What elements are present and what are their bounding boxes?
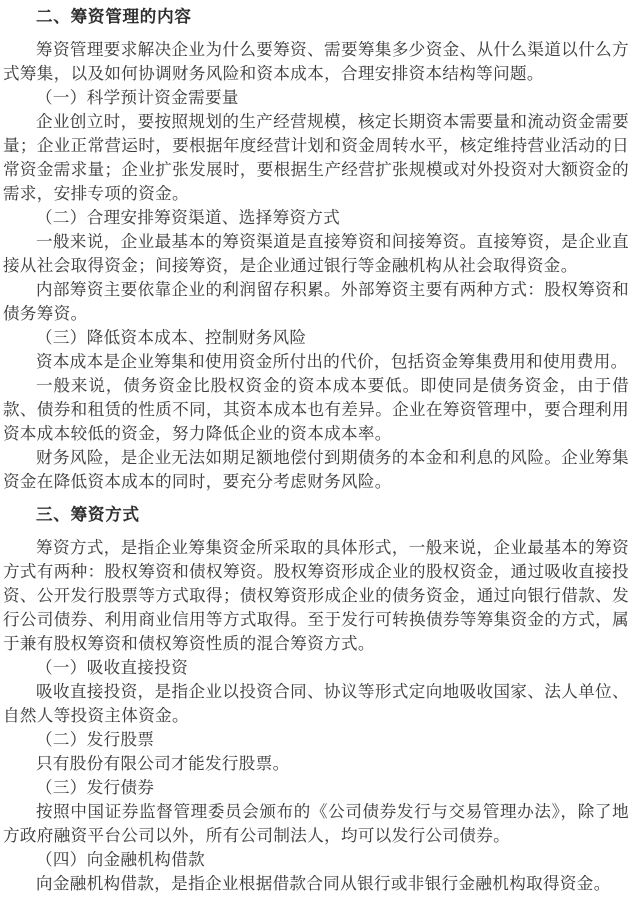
sub-heading: （三）发行债券 — [3, 776, 629, 800]
paragraph: 吸收直接投资，是指企业以投资合同、协议等形式定向地吸收国家、法人单位、自然人等投… — [3, 680, 629, 728]
sub-heading: （一）科学预计资金需要量 — [3, 86, 629, 110]
sub-heading: （二）发行股票 — [3, 728, 629, 752]
paragraph: 向金融机构借款，是指企业根据借款合同从银行或非银行金融机构取得资金。 — [3, 872, 629, 896]
sub-heading: （二）合理安排筹资渠道、选择筹资方式 — [3, 206, 629, 230]
paragraph: 一般来说，企业最基本的筹资渠道是直接筹资和间接筹资。直接筹资，是企业直接从社会取… — [3, 230, 629, 278]
paragraph: 资本成本是企业筹集和使用资金所付出的代价，包括资金筹集费用和使用费用。 — [3, 350, 629, 374]
paragraph: 只有股份有限公司才能发行股票。 — [3, 752, 629, 776]
paragraph: 筹资方式，是指企业筹集资金所采取的具体形式，一般来说，企业最基本的筹资方式有两种… — [3, 536, 629, 656]
paragraph: 筹资管理要求解决企业为什么要筹资、需要筹集多少资金、从什么渠道以什么方式筹集，以… — [3, 38, 629, 86]
section-heading: 三、筹资方式 — [3, 503, 629, 527]
paragraph: 一般来说，债务资金比股权资金的资本成本要低。即使同是债务资金，由于借款、债券和租… — [3, 374, 629, 446]
paragraph: 财务风险，是企业无法如期足额地偿付到期债务的本金和利息的风险。企业筹集资金在降低… — [3, 446, 629, 494]
section-heading: 二、筹资管理的内容 — [3, 5, 629, 29]
sub-heading: （一）吸收直接投资 — [3, 656, 629, 680]
document-page: 二、筹资管理的内容 筹资管理要求解决企业为什么要筹资、需要筹集多少资金、从什么渠… — [0, 0, 632, 899]
paragraph: 内部筹资主要依靠企业的利润留存积累。外部筹资主要有两种方式：股权筹资和债务筹资。 — [3, 278, 629, 326]
paragraph: 按照中国证券监督管理委员会颁布的《公司债券发行与交易管理办法》，除了地方政府融资… — [3, 800, 629, 848]
sub-heading: （四）向金融机构借款 — [3, 848, 629, 872]
paragraph: 企业创立时，要按照规划的生产经营规模，核定长期资本需要量和流动资金需要量；企业正… — [3, 110, 629, 206]
sub-heading: （三）降低资本成本、控制财务风险 — [3, 326, 629, 350]
